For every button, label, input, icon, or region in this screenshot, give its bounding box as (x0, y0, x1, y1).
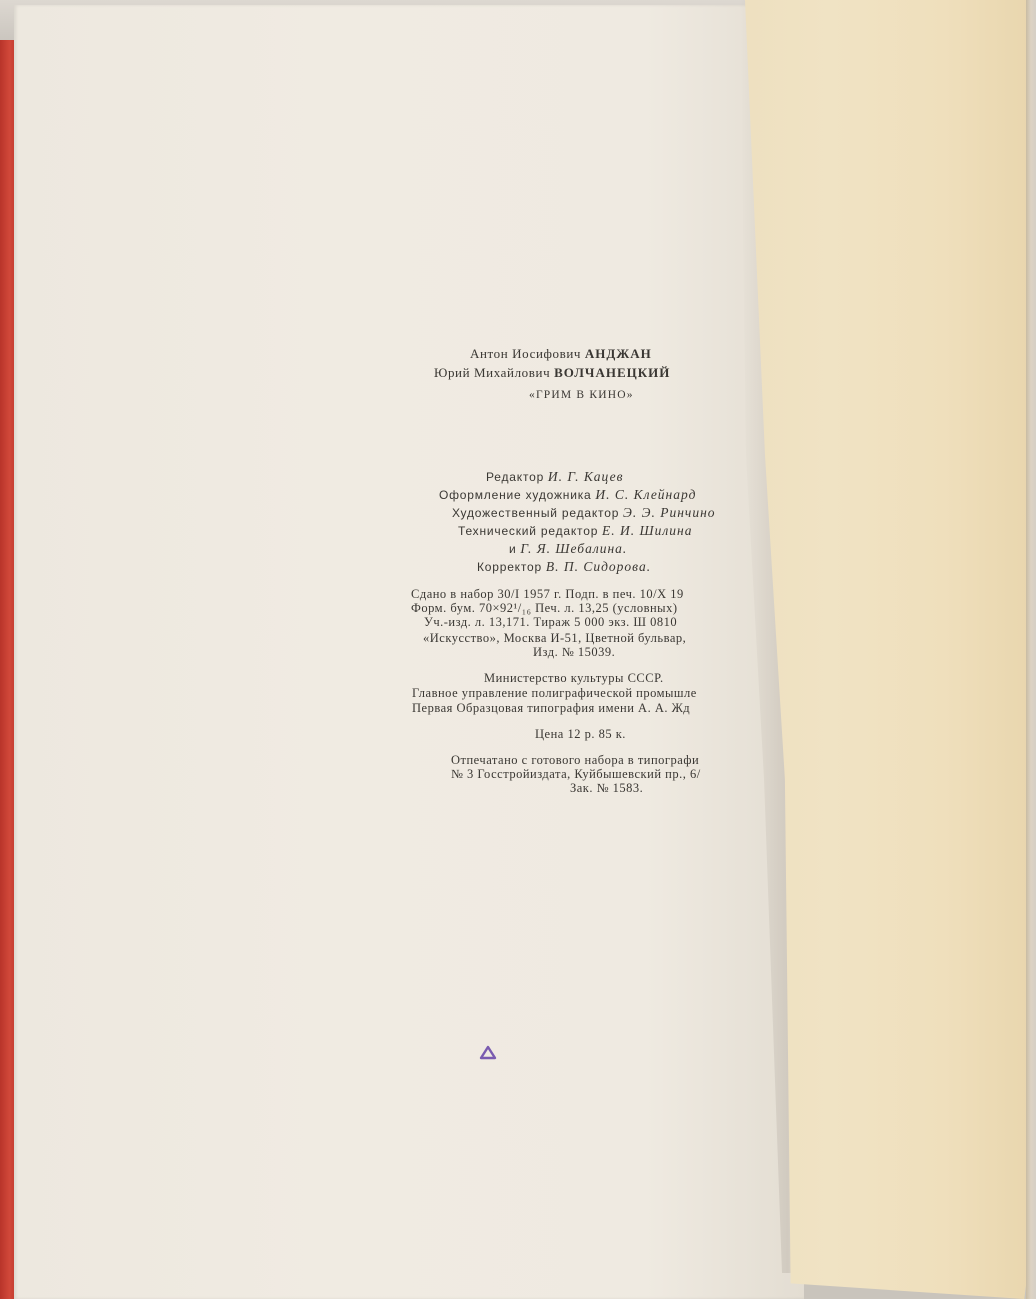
imprint-line-5: Изд. № 15039. (533, 644, 615, 661)
credit-name: И. С. Клейнард (595, 487, 696, 502)
triangle-stamp-icon (479, 1045, 497, 1061)
flap-edge (1026, 0, 1036, 1299)
book-title: «ГРИМ В КИНО» (529, 387, 634, 404)
author-1-given-name: Антон Иосифович (470, 346, 581, 361)
author-2-surname: ВОЛЧАНЕЦКИЙ (554, 365, 670, 380)
author-1: Антон Иосифович АНДЖАН (470, 345, 652, 362)
author-2-given-name: Юрий Михайлович (434, 365, 550, 380)
credit-role: и (509, 542, 517, 556)
credit-role: Корректор (477, 560, 542, 574)
credit-proofreader: Корректор В. П. Сидорова. (477, 558, 651, 576)
ministry-line-3: Первая Образцовая типография имени А. А.… (412, 700, 690, 717)
book-page (14, 5, 804, 1299)
author-2: Юрий Михайлович ВОЛЧАНЕЦКИЙ (434, 364, 670, 381)
credit-role: Технический редактор (458, 524, 598, 538)
credit-tech-editor: Технический редактор Е. И. Шилина (458, 522, 692, 540)
credit-name: Э. Э. Ринчино (623, 505, 716, 520)
credit-role: Оформление художника (439, 488, 592, 502)
author-1-surname: АНДЖАН (585, 346, 652, 361)
credit-art-editor: Художественный редактор Э. Э. Ринчино (452, 504, 716, 522)
credit-role: Редактор (486, 470, 544, 484)
credit-editor: Редактор И. Г. Кацев (486, 468, 624, 486)
credit-name: В. П. Сидорова. (546, 559, 651, 574)
credit-design: Оформление художника И. С. Клейнард (439, 486, 696, 504)
price: Цена 12 р. 85 к. (535, 726, 626, 743)
credit-name: Г. Я. Шебалина. (520, 541, 627, 556)
credit-name: И. Г. Кацев (548, 469, 624, 484)
credit-tech-editor-2: и Г. Я. Шебалина. (509, 540, 627, 558)
printed-line-3: Зак. № 1583. (570, 780, 643, 797)
credit-name: Е. И. Шилина (602, 523, 692, 538)
imprint-line-3: Уч.-изд. л. 13,171. Тираж 5 000 экз. Ш 0… (424, 614, 677, 631)
credit-role: Художественный редактор (452, 506, 619, 520)
